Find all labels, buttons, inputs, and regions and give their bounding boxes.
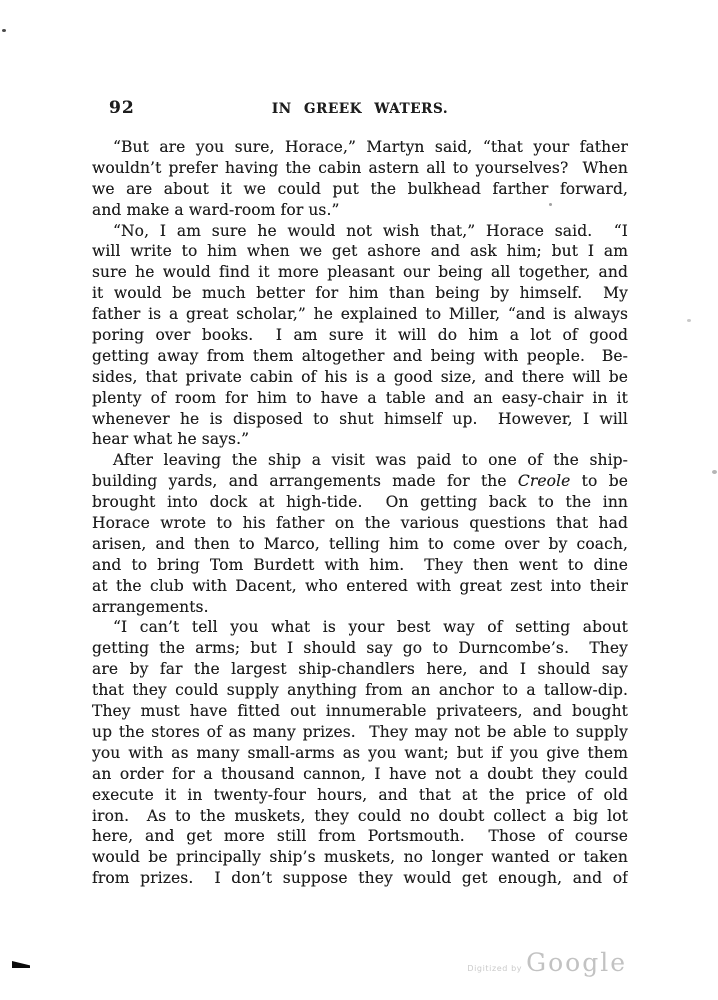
text-line: “I can’t tell you what is your best way …	[92, 617, 628, 638]
text-line: plenty of room for him to have a table a…	[92, 388, 628, 409]
text-line: arisen, and then to Marco, telling him t…	[92, 534, 628, 555]
google-logo: Google	[526, 948, 627, 977]
text-line: sides, that private cabin of his is a go…	[92, 367, 628, 388]
scan-speck	[712, 470, 717, 474]
text-line: poring over books. I am sure it will do …	[92, 325, 628, 346]
text-line: up the stores of as many prizes. They ma…	[92, 722, 628, 743]
scan-speck	[549, 203, 552, 206]
text-line: building yards, and arrangements made fo…	[92, 471, 628, 492]
text-line: getting away from them altogether and be…	[92, 346, 628, 367]
text-line: we are about it we could put the bulkhea…	[92, 179, 628, 200]
text-line: from prizes. I don’t suppose they would …	[92, 868, 628, 889]
text-line: that they could supply anything from an …	[92, 680, 628, 701]
text-line: arrangements.	[92, 597, 628, 618]
text-line: They must have fitted out innumerable pr…	[92, 701, 628, 722]
page-header: 92 IN GREEK WATERS.	[92, 101, 628, 121]
body-text-block: “But are you sure, Horace,” Martyn said,…	[92, 137, 628, 889]
text-line: “No, I am sure he would not wish that,” …	[92, 221, 628, 242]
scan-artifact-wedge	[12, 961, 30, 968]
text-line: are by far the largest ship-chandlers he…	[92, 659, 628, 680]
digitization-watermark: Digitized by Google	[467, 948, 627, 977]
scan-speck	[687, 319, 691, 322]
italic-text: Creole	[518, 472, 571, 490]
paragraph: After leaving the ship a visit was paid …	[92, 450, 628, 617]
text-line: brought into dock at high-tide. On getti…	[92, 492, 628, 513]
page-number: 92	[109, 98, 135, 118]
text-line: it would be much better for him than bei…	[92, 283, 628, 304]
text-line: father is a great scholar,” he explained…	[92, 304, 628, 325]
text-line: an order for a thousand cannon, I have n…	[92, 764, 628, 785]
text-line: “But are you sure, Horace,” Martyn said,…	[92, 137, 628, 158]
text-line: here, and get more still from Portsmouth…	[92, 826, 628, 847]
text-line: getting the arms; but I should say go to…	[92, 638, 628, 659]
running-title: IN GREEK WATERS.	[92, 101, 628, 117]
watermark-prefix-label: Digitized by	[467, 964, 522, 973]
scan-speck	[2, 29, 6, 32]
paragraph: “But are you sure, Horace,” Martyn said,…	[92, 137, 628, 221]
text-line: and to bring Tom Burdett with him. They …	[92, 555, 628, 576]
text-line: at the club with Dacent, who entered wit…	[92, 576, 628, 597]
text-line: Horace wrote to his father on the variou…	[92, 513, 628, 534]
text-line: After leaving the ship a visit was paid …	[92, 450, 628, 471]
text-line: will write to him when we get ashore and…	[92, 241, 628, 262]
text-line: hear what he says.”	[92, 429, 628, 450]
text-line: wouldn’t prefer having the cabin astern …	[92, 158, 628, 179]
text-line: sure he would find it more pleasant our …	[92, 262, 628, 283]
text-line: and make a ward-room for us.”	[92, 200, 628, 221]
text-line: you with as many small-arms as you want;…	[92, 743, 628, 764]
text-line: iron. As to the muskets, they could no d…	[92, 806, 628, 827]
paragraph: “No, I am sure he would not wish that,” …	[92, 221, 628, 451]
book-page-scan: 92 IN GREEK WATERS. “But are you sure, H…	[0, 0, 718, 1000]
text-line: would be principally ship’s muskets, no …	[92, 847, 628, 868]
text-line: whenever he is disposed to shut himself …	[92, 409, 628, 430]
text-line: execute it in twenty-four hours, and tha…	[92, 785, 628, 806]
paragraph: “I can’t tell you what is your best way …	[92, 617, 628, 889]
